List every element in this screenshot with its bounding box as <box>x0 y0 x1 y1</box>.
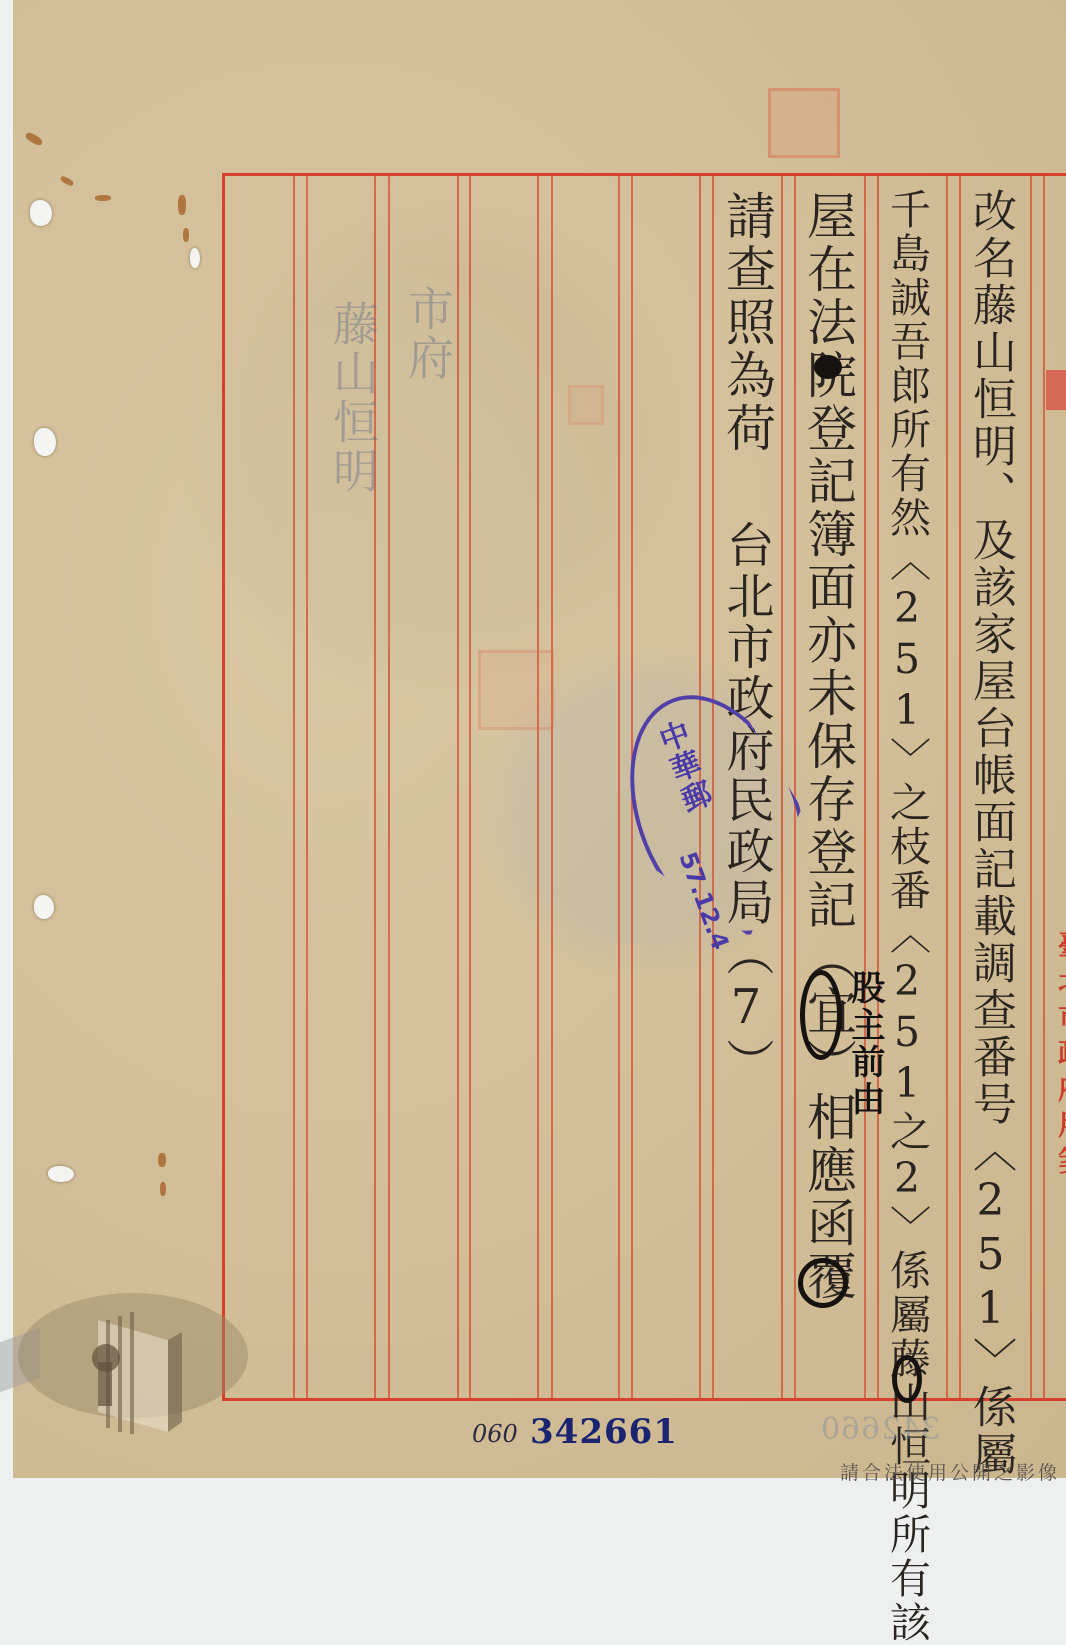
text-column-4: 請查照為荷 <box>722 190 772 455</box>
column-rule <box>469 176 471 1398</box>
red-seal <box>478 650 554 730</box>
rust-stain <box>178 195 186 215</box>
serial-prefix: 060 <box>472 1420 518 1448</box>
red-seal <box>568 385 604 425</box>
column-rule <box>457 176 459 1398</box>
column-rule <box>618 176 620 1398</box>
margin-note: 股主前由 <box>848 970 882 1118</box>
scan-page: 藤山恒明 市府 改名藤山恒明、及該家屋台帳面記載調查番号〈251〉係屬 千島誠吾… <box>0 0 1066 1491</box>
text-column-2: 千島誠吾郎所有然〈251〉之枝番〈251之2〉係屬藤山恒明所有該 <box>886 188 927 1491</box>
red-seal <box>1046 370 1066 410</box>
circled-mark <box>798 1258 848 1308</box>
text-column-1: 改名藤山恒明、及該家屋台帳面記載調查番号〈251〉係屬 <box>968 188 1012 1478</box>
column-rule <box>293 176 295 1398</box>
column-rule <box>864 176 866 1398</box>
punch-hole <box>48 1166 74 1182</box>
archive-book-icon <box>78 1310 188 1438</box>
rust-stain <box>95 195 111 201</box>
red-seal <box>768 88 840 158</box>
column-rule <box>537 176 539 1398</box>
usage-watermark: 請合法使用公開之影像 <box>840 1458 1060 1485</box>
punch-hole <box>34 428 56 456</box>
column-rule <box>794 176 796 1398</box>
bleed-through-text: 市府 <box>405 285 451 383</box>
bleed-through-text: 藤山恒明 <box>330 300 376 496</box>
column-rule <box>1030 176 1032 1398</box>
serial-ghost-mirror: 342660 <box>820 1412 941 1447</box>
circled-mark <box>892 1355 922 1403</box>
circled-mark <box>800 970 842 1060</box>
column-rule <box>877 176 879 1398</box>
letterhead-edge-text: 臺北市政府用箋 <box>1050 930 1066 1182</box>
punch-hole <box>30 200 52 226</box>
punch-hole <box>190 248 200 268</box>
column-rule <box>1043 176 1045 1398</box>
column-rule <box>551 176 553 1398</box>
rust-stain <box>160 1182 166 1196</box>
column-rule <box>306 176 308 1398</box>
punch-hole <box>34 895 54 919</box>
circled-mark <box>814 355 842 379</box>
serial-number: 342661 <box>530 1412 678 1452</box>
column-rule <box>388 176 390 1398</box>
rust-stain <box>183 228 189 242</box>
column-rule <box>946 176 948 1398</box>
rust-stain <box>158 1153 166 1167</box>
column-rule <box>959 176 961 1398</box>
